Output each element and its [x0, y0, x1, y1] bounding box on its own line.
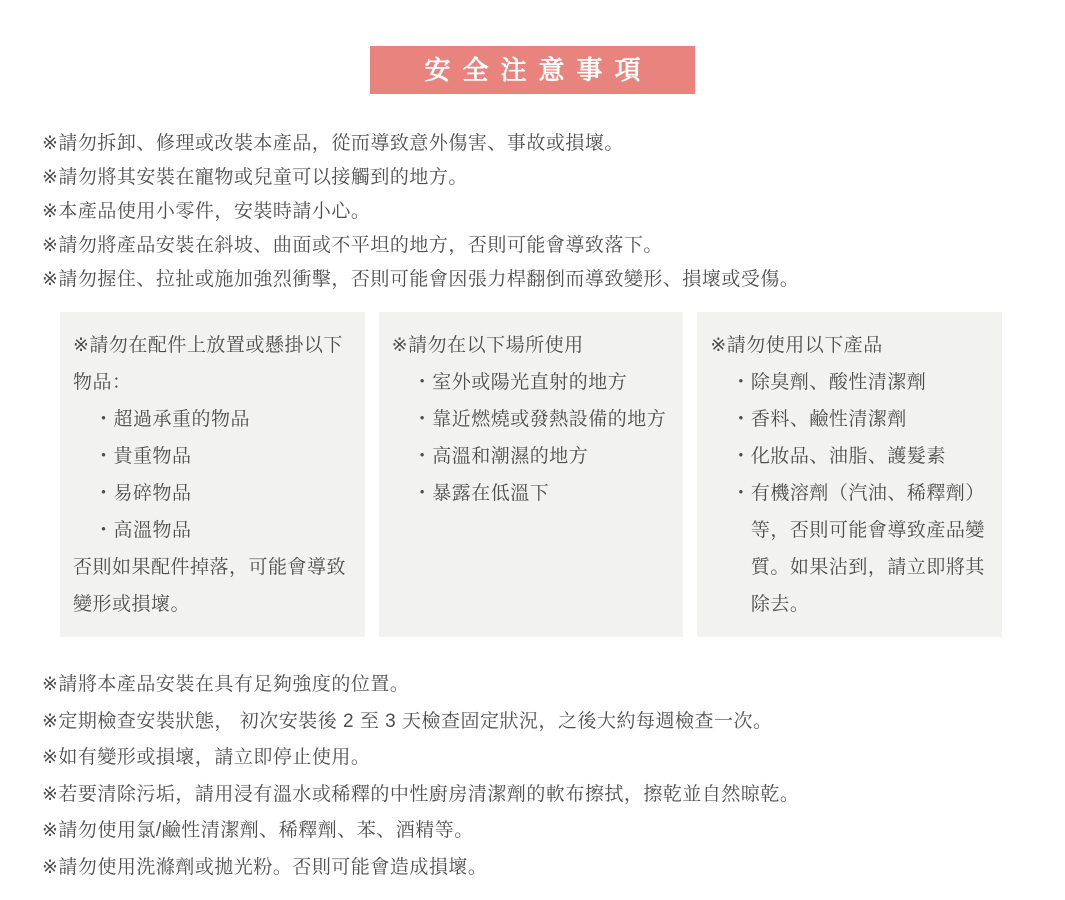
warning-line: ※若要清除污垢，請用浸有溫水或稀釋的中性廚房清潔劑的軟布擦拭，擦乾並自然晾乾。	[42, 777, 1035, 814]
bullet-dot: ・	[731, 401, 751, 438]
warning-line: ※請勿拆卸、修理或改裝本產品，從而導致意外傷害、事故或損壞。	[42, 127, 1035, 161]
bullet-dot: ・	[731, 364, 751, 401]
bullet-item: ・ 除臭劑、酸性清潔劑	[710, 364, 990, 401]
bullet-text: 暴露在低溫下	[432, 475, 671, 512]
box-heading: ※請勿在以下場所使用	[392, 327, 672, 364]
warning-boxes: ※請勿在配件上放置或懸掛以下物品： ・ 超過承重的物品 ・ 貴重物品 ・ 易碎物…	[60, 312, 1002, 637]
bullet-item: ・ 高溫和潮濕的地方	[392, 438, 672, 475]
bullet-dot: ・	[94, 401, 114, 438]
page-title: 安全注意事項	[424, 55, 652, 85]
bullet-text: 香料、鹼性清潔劑	[751, 401, 990, 438]
warning-line: ※定期檢查安裝狀態， 初次安裝後 2 至 3 天檢查固定狀況，之後大約每週檢查一…	[42, 704, 1035, 741]
box-heading: ※請勿使用以下產品	[710, 327, 990, 364]
bullet-item: ・ 靠近燃燒或發熱設備的地方	[392, 401, 672, 438]
bullet-dot: ・	[413, 401, 433, 438]
bullet-item: ・ 化妝品、油脂、護髮素	[710, 438, 990, 475]
bullet-item: ・ 超過承重的物品	[73, 401, 353, 438]
bullet-text: 易碎物品	[114, 475, 353, 512]
bullet-item: ・ 暴露在低溫下	[392, 475, 672, 512]
bullet-text: 高溫物品	[114, 512, 353, 549]
bottom-warning-list: ※請將本產品安裝在具有足夠強度的位置。 ※定期檢查安裝狀態， 初次安裝後 2 至…	[42, 667, 1035, 886]
box-do-not-use-locations: ※請勿在以下場所使用 ・ 室外或陽光直射的地方 ・ 靠近燃燒或發熱設備的地方 ・…	[379, 312, 684, 637]
bullet-item: ・ 香料、鹼性清潔劑	[710, 401, 990, 438]
title-banner: 安全注意事項	[370, 46, 694, 94]
bullet-text: 超過承重的物品	[114, 401, 353, 438]
bullet-text: 高溫和潮濕的地方	[432, 438, 671, 475]
bullet-dot: ・	[731, 475, 751, 623]
safety-notice-page: 安全注意事項 ※請勿拆卸、修理或改裝本產品，從而導致意外傷害、事故或損壞。 ※請…	[0, 0, 1065, 900]
warning-line: ※請將本產品安裝在具有足夠強度的位置。	[42, 667, 1035, 704]
bullet-dot: ・	[413, 438, 433, 475]
bullet-item: ・ 易碎物品	[73, 475, 353, 512]
bullet-item: ・ 室外或陽光直射的地方	[392, 364, 672, 401]
warning-line: ※請勿將其安裝在寵物或兒童可以接觸到的地方。	[42, 161, 1035, 195]
bullet-item: ・ 貴重物品	[73, 438, 353, 475]
bullet-dot: ・	[413, 364, 433, 401]
box-heading: ※請勿在配件上放置或懸掛以下物品：	[73, 327, 353, 401]
bullet-dot: ・	[94, 512, 114, 549]
bullet-dot: ・	[413, 475, 433, 512]
warning-line: ※請勿使用氯/鹼性清潔劑、稀釋劑、苯、酒精等。	[42, 813, 1035, 850]
bullet-text: 室外或陽光直射的地方	[432, 364, 671, 401]
bullet-text: 貴重物品	[114, 438, 353, 475]
bullet-dot: ・	[94, 475, 114, 512]
bullet-text: 除臭劑、酸性清潔劑	[751, 364, 990, 401]
bullet-text: 化妝品、油脂、護髮素	[751, 438, 990, 475]
bullet-dot: ・	[731, 438, 751, 475]
warning-line: ※如有變形或損壞，請立即停止使用。	[42, 740, 1035, 777]
top-warning-list: ※請勿拆卸、修理或改裝本產品，從而導致意外傷害、事故或損壞。 ※請勿將其安裝在寵…	[42, 127, 1035, 297]
bullet-dot: ・	[94, 438, 114, 475]
bullet-item: ・ 有機溶劑（汽油、稀釋劑）等，否則可能會導致產品變質。如果沾到，請立即將其除去…	[710, 475, 990, 623]
warning-line: ※請勿握住、拉扯或施加強烈衝擊，否則可能會因張力桿翻倒而導致變形、損壞或受傷。	[42, 263, 1035, 297]
warning-line: ※請勿將產品安裝在斜坡、曲面或不平坦的地方，否則可能會導致落下。	[42, 229, 1035, 263]
bullet-text: 靠近燃燒或發熱設備的地方	[432, 401, 671, 438]
box-footnote: 否則如果配件掉落，可能會導致變形或損壞。	[73, 549, 353, 623]
box-do-not-use-products: ※請勿使用以下產品 ・ 除臭劑、酸性清潔劑 ・ 香料、鹼性清潔劑 ・ 化妝品、油…	[697, 312, 1002, 637]
warning-line: ※請勿使用洗滌劑或拋光粉。否則可能會造成損壞。	[42, 850, 1035, 887]
title-banner-wrap: 安全注意事項	[0, 0, 1065, 94]
warning-line: ※本產品使用小零件，安裝時請小心。	[42, 195, 1035, 229]
box-do-not-place-items: ※請勿在配件上放置或懸掛以下物品： ・ 超過承重的物品 ・ 貴重物品 ・ 易碎物…	[60, 312, 365, 637]
bullet-text: 有機溶劑（汽油、稀釋劑）等，否則可能會導致產品變質。如果沾到，請立即將其除去。	[751, 475, 990, 623]
bullet-item: ・ 高溫物品	[73, 512, 353, 549]
